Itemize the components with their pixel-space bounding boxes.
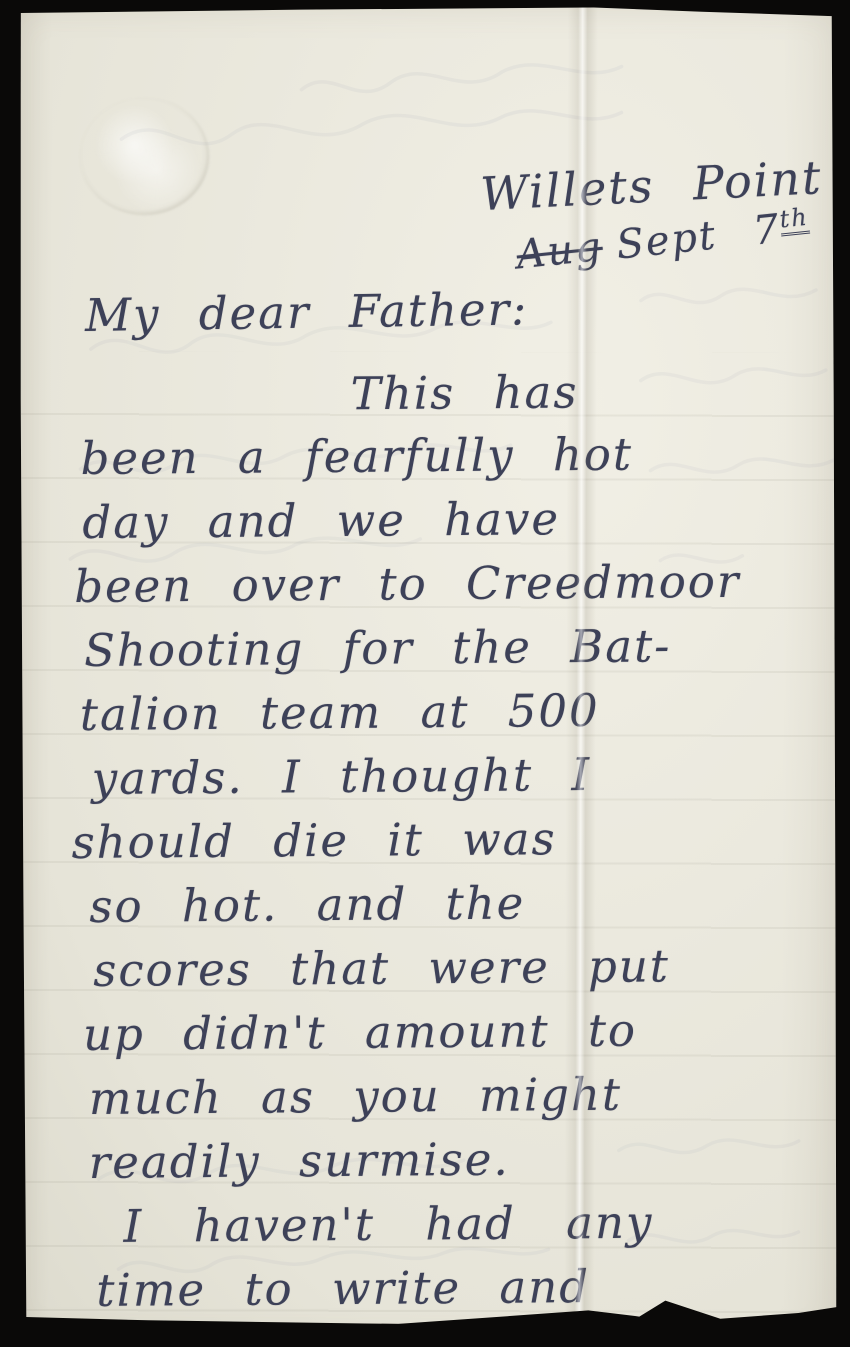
salutation: My dear Father: [85,282,529,342]
letter-line: been over to Creedmoor [74,549,820,619]
letter-line: talion team at 500 [80,677,820,747]
letter-heading: Willets Point AugSept 7th [479,153,824,270]
fold-crease [564,0,598,1347]
letter-line: up didn't amount to [83,997,819,1067]
photo-backdrop: Willets Point AugSept 7th My dear Father… [0,0,850,1347]
letter-line: should die it was [71,805,819,875]
letter-line: Shooting for the Bat- [84,613,820,683]
letter-line: yards. I thought I [91,741,819,811]
letter-line: scores that were put [93,933,819,1003]
date-ordinal-suffix: th [778,203,810,237]
letter-line: readily surmise. [88,1125,818,1195]
letter-line: much as you might [89,1061,819,1131]
letter-line: time to write and [96,1253,818,1323]
letter-line: so hot. and the [89,869,819,939]
date-month: Sept [614,213,719,269]
letter-page: Willets Point AugSept 7th My dear Father… [0,0,850,1347]
letter-line: been a fearfully hot [80,421,820,491]
letter-line: I haven't had any [123,1189,818,1258]
letter-body: This has been a fearfully hot day and we… [78,359,821,1321]
letter-line: day and we have [82,485,820,555]
